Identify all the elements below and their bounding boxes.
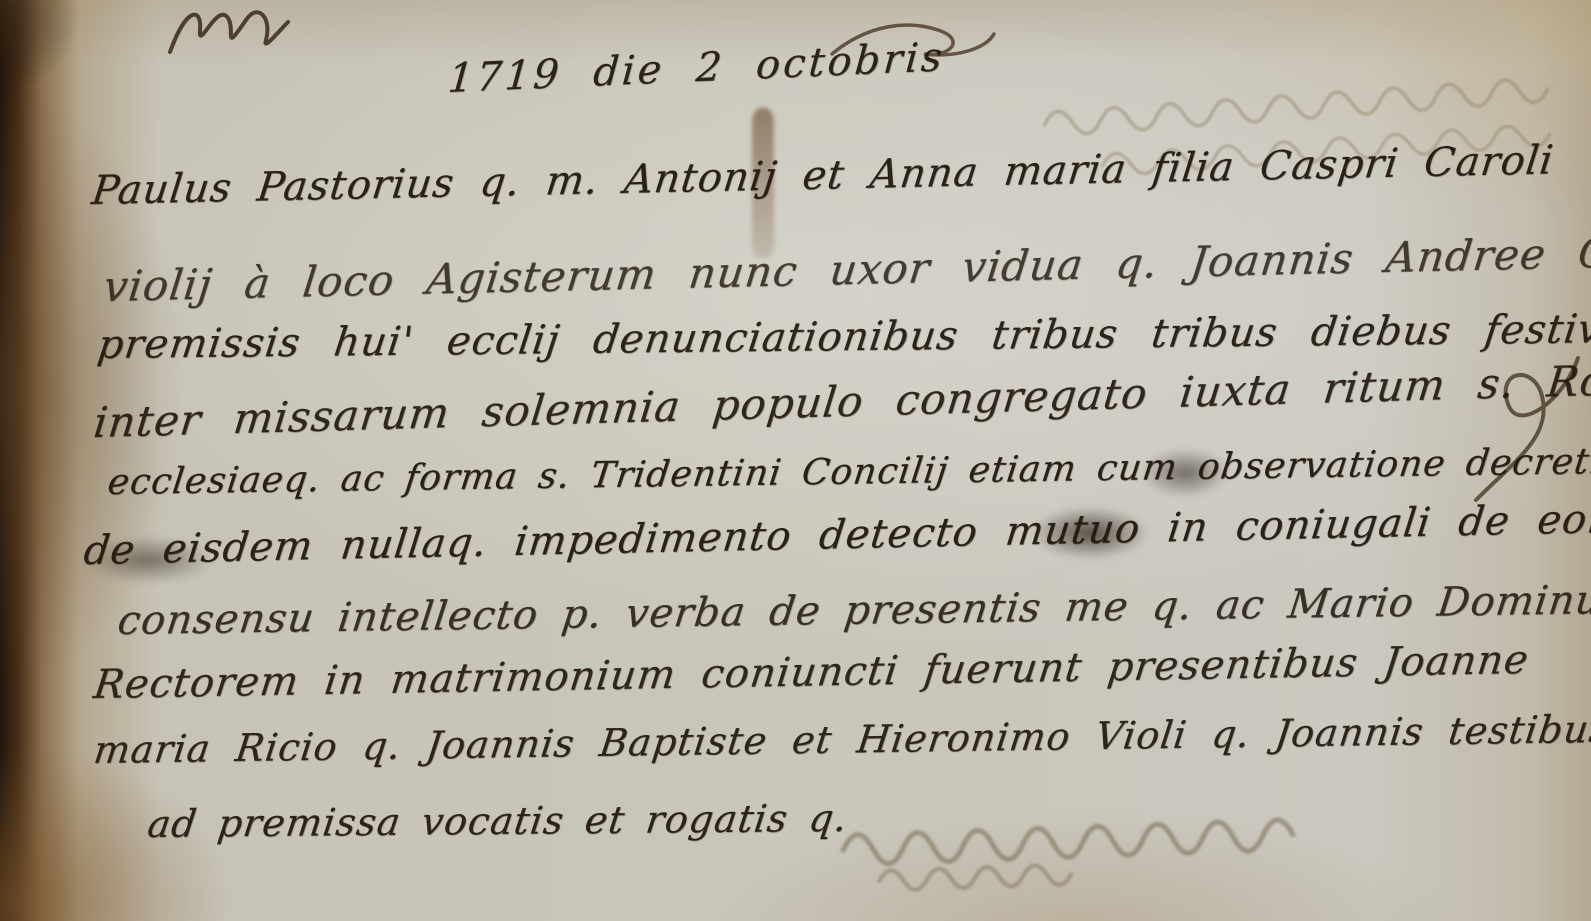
manuscript-line-8: Rectorem in matrimonium coniuncti fuerun… [91,637,1531,708]
date-heading: 1719 die 2 octobris [446,34,946,102]
manuscript-line-10: ad premissa vocatis et rogatis q. [145,796,850,846]
ink-scribble-top-left [162,0,292,62]
manuscript-line-4: inter missarum solemnia populo congregat… [91,353,1591,447]
bleedthrough-bottom [836,784,1319,901]
manuscript-line-3: premissis hui' ecclij denunciationibus t… [95,306,1591,368]
manuscript-line-6: de eisdem nullaq. impedimento detecto mu… [81,495,1591,574]
manuscript-line-7: consensu intellecto p. verba de presenti… [115,577,1591,644]
manuscript-line-2: violij à loco Agisterum nunc uxor vidua … [101,226,1591,311]
manuscript-line-9: maria Ricio q. Joannis Baptiste et Hiero… [91,707,1591,772]
manuscript-line-1: Paulus Pastorius q. m. Antonij et Anna m… [89,137,1556,214]
manuscript-page: 1719 die 2 octobris Paulus Pastorius q. … [0,0,1591,921]
manuscript-line-5: ecclesiaeq. ac forma s. Tridentini Conci… [105,441,1591,503]
